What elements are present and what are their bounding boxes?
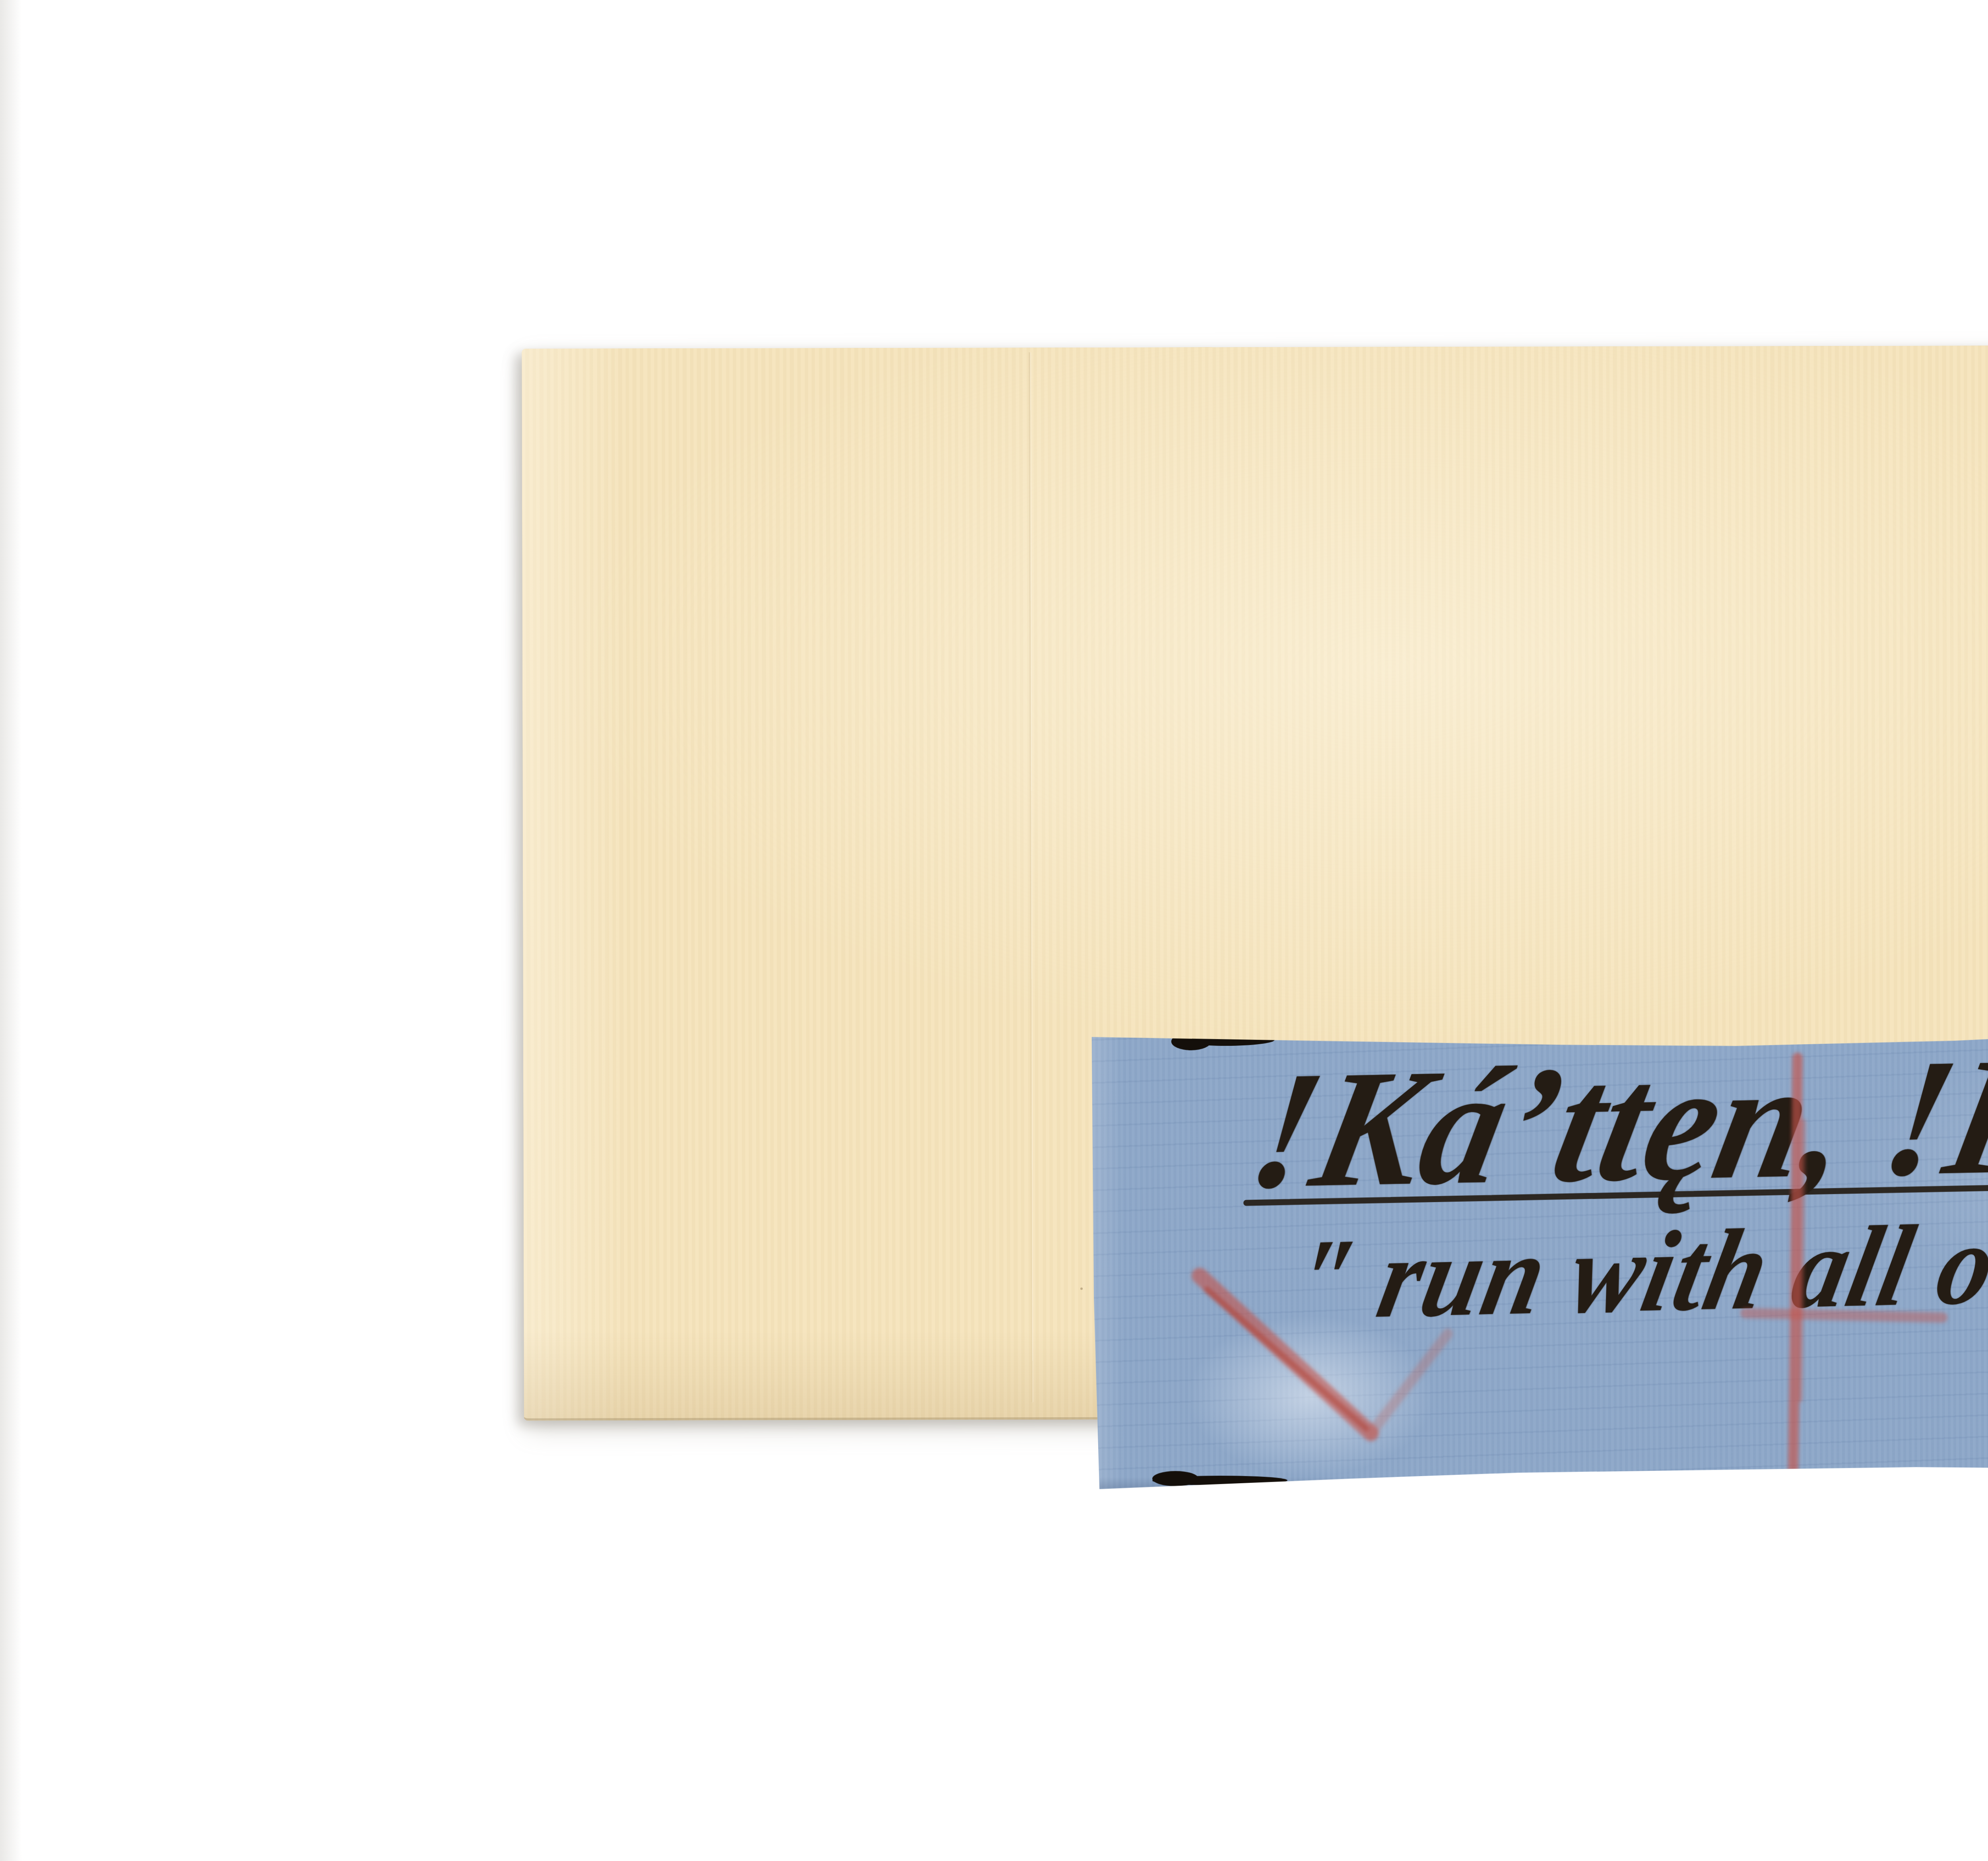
red-vertical-line-1 xyxy=(1792,1058,1798,1487)
paper-speck xyxy=(1080,1288,1083,1290)
paper-crease xyxy=(1029,352,1033,1402)
photo-background: !Káʼttęn, !Kúʼttęn bbúya " run with all … xyxy=(0,0,1988,1861)
red-check-stroke-core xyxy=(1207,1289,1366,1429)
red-crayon-marks xyxy=(1087,1016,1988,1491)
red-check-tail xyxy=(1371,1334,1448,1433)
backing-card: !Káʼttęn, !Kúʼttęn bbúya " run with all … xyxy=(522,345,1988,1421)
red-horizontal-dash xyxy=(1745,1313,1942,1318)
blue-slip: !Káʼttęn, !Kúʼttęn bbúya " run with all … xyxy=(1087,1016,1988,1491)
